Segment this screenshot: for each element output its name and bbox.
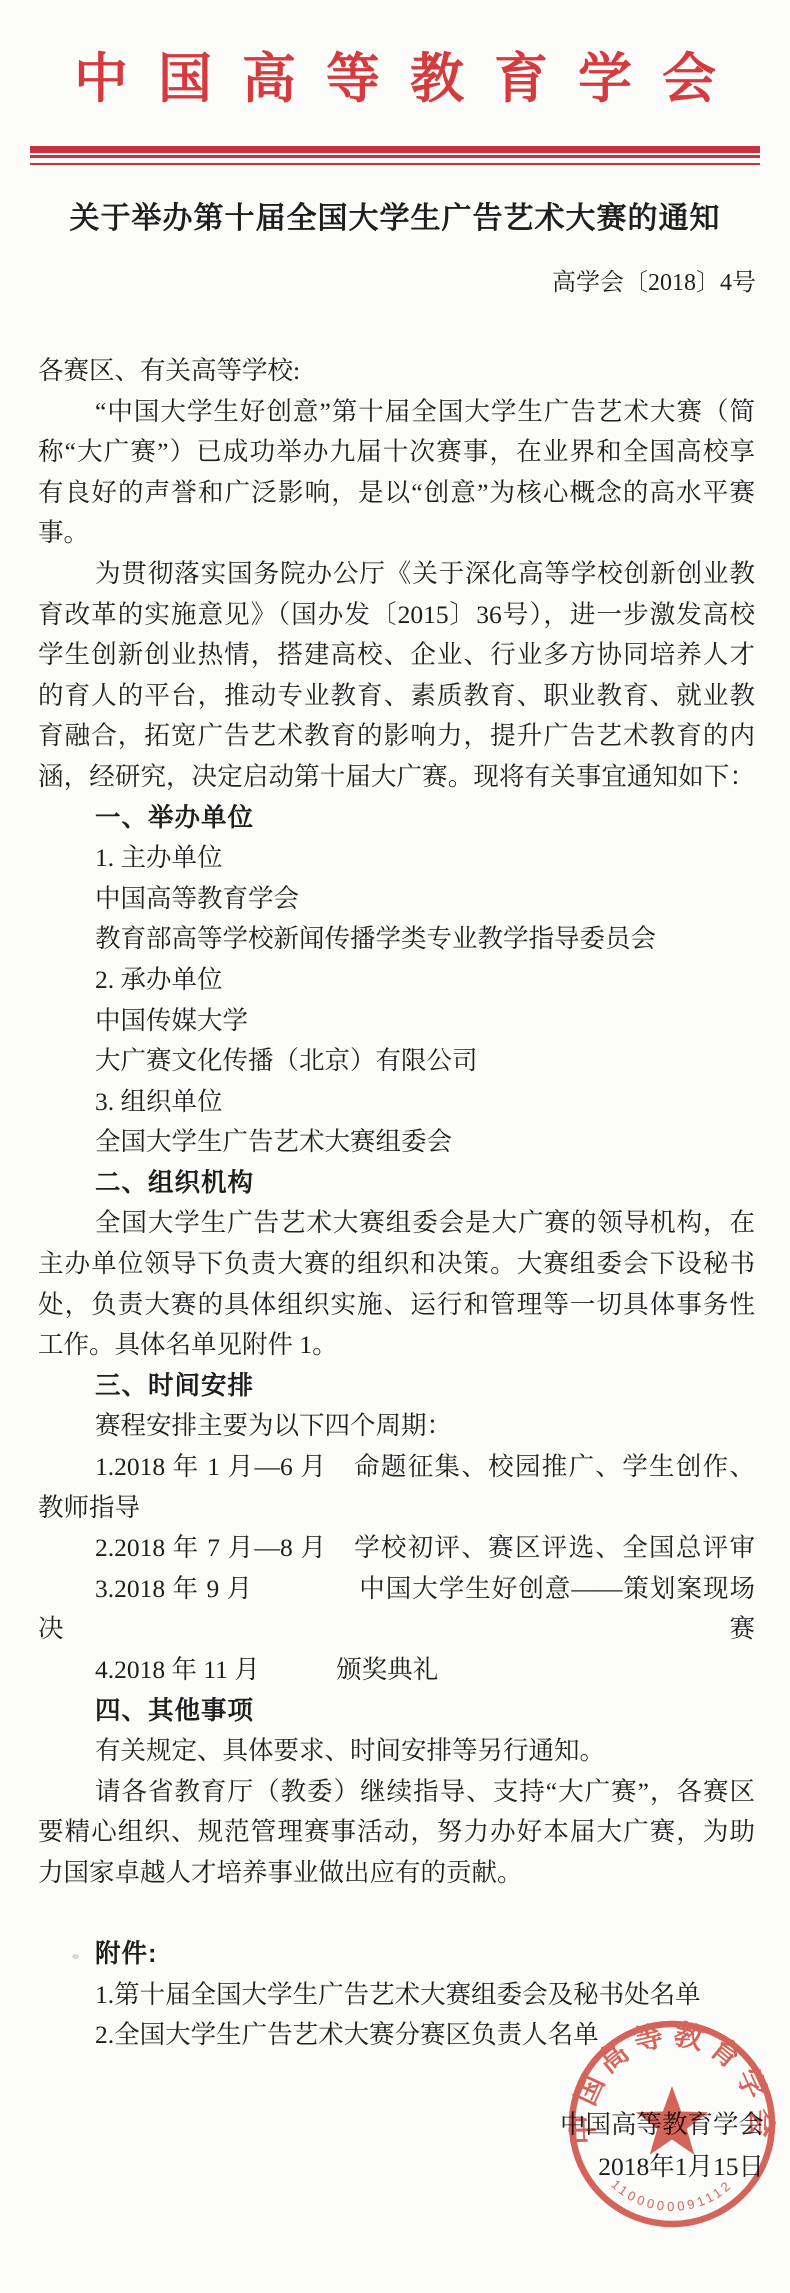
body-line: 力国家卓越人才培养事业做出应有的贡献。 — [38, 1853, 755, 1894]
body-line: 请各省教育厅（教委）继续指导、支持“大广赛”，各赛区 — [38, 1772, 755, 1813]
notice-body: 各赛区、有关高等学校:“中国大学生好创意”第十届全国大学生广告艺术大赛（简称“大… — [38, 351, 755, 2056]
body-line: 中国高等教育学会 — [38, 879, 755, 920]
body-line: 的育人的平台，推动专业教育、素质教育、职业教育、就业教 — [38, 676, 755, 717]
body-line: 学生创新创业热情，搭建高校、企业、行业多方协同培养人才 — [38, 635, 755, 676]
body-line: 1. 主办单位 — [38, 838, 755, 879]
section-heading: 附件: — [95, 1934, 755, 1975]
body-line: 2. 承办单位 — [38, 960, 755, 1001]
body-line: 各赛区、有关高等学校: — [38, 351, 755, 392]
body-line: 育改革的实施意见》（国办发〔2015〕36号），进一步激发高校 — [38, 595, 755, 636]
body-line: 有关规定、具体要求、时间安排等另行通知。 — [38, 1731, 755, 1772]
body-line: 中国传媒大学 — [38, 1001, 755, 1042]
divider-thin-line — [30, 163, 760, 165]
body-line: 育融合，拓宽广告艺术教育的影响力，提升广告艺术教育的内 — [38, 716, 755, 757]
signature-block: 中国高等教育学会 2018年1月15日 — [0, 2104, 790, 2188]
body-line: 涵，经研究，决定启动第十届大广赛。现将有关事宜通知如下： — [38, 757, 755, 798]
scanned-official-notice: 中国高等教育学会 关于举办第十届全国大学生广告艺术大赛的通知 高学会〔2018〕… — [0, 0, 790, 2293]
divider-thick-line — [30, 146, 760, 153]
signature-date: 2018年1月15日 — [0, 2146, 764, 2188]
body-line: 教育部高等学校新闻传播学类专业教学指导委员会 — [38, 919, 755, 960]
section-heading: 二、组织机构 — [95, 1163, 755, 1204]
body-line: 3.2018 年 9 月 中国大学生好创意——策划案现场决赛 — [38, 1569, 755, 1650]
body-line: “中国大学生好创意”第十届全国大学生广告艺术大赛（简 — [38, 392, 755, 433]
body-line: 有良好的声誉和广泛影响，是以“创意”为核心概念的高水平赛 — [38, 473, 755, 514]
document-number: 高学会〔2018〕4号 — [0, 269, 790, 297]
scan-artifact-speck — [72, 1954, 79, 1959]
body-line: 1.第十届全国大学生广告艺术大赛组委会及秘书处名单 — [38, 1975, 755, 2016]
body-line: 称“大广赛”）已成功举办九届十次赛事，在业界和全国高校享 — [38, 432, 755, 473]
section-heading: 一、举办单位 — [95, 798, 755, 839]
body-line: 全国大学生广告艺术大赛组委会是大广赛的领导机构，在 — [38, 1203, 755, 1244]
notice-title: 关于举办第十届全国大学生广告艺术大赛的通知 — [0, 201, 790, 237]
body-line: 4.2018 年 11 月 颁奖典礼 — [38, 1650, 755, 1691]
body-line: 2.2018 年 7 月—8 月 学校初评、赛区评选、全国总评审 — [38, 1528, 755, 1569]
body-line: 2.全国大学生广告艺术大赛分赛区负责人名单 — [38, 2015, 755, 2056]
body-line: 工作。具体名单见附件 1。 — [38, 1325, 755, 1366]
body-line: 要精心组织、规范管理赛事活动，努力办好本届大广赛，为助 — [38, 1812, 755, 1853]
body-line: 1.2018 年 1 月—6 月 命题征集、校园推广、学生创作、 — [38, 1447, 755, 1488]
body-line: 3. 组织单位 — [38, 1082, 755, 1123]
body-line: 主办单位领导下负责大赛的组织和决策。大赛组委会下设秘书 — [38, 1244, 755, 1285]
body-line: 事。 — [38, 513, 755, 554]
body-line: 大广赛文化传播（北京）有限公司 — [38, 1041, 755, 1082]
blank-line — [38, 1894, 755, 1935]
body-line: 为贯彻落实国务院办公厅《关于深化高等学校创新创业教 — [38, 554, 755, 595]
body-line: 赛程安排主要为以下四个周期： — [38, 1406, 755, 1447]
letterhead-divider — [30, 146, 760, 165]
body-line: 教师指导 — [38, 1488, 755, 1529]
signature-org: 中国高等教育学会 — [0, 2104, 764, 2146]
body-line: 全国大学生广告艺术大赛组委会 — [38, 1122, 755, 1163]
section-heading: 四、其他事项 — [95, 1691, 755, 1732]
letterhead-org-name: 中国高等教育学会 — [0, 0, 790, 110]
section-heading: 三、时间安排 — [95, 1366, 755, 1407]
body-line: 处，负责大赛的具体组织实施、运行和管理等一切具体事务性 — [38, 1285, 755, 1326]
